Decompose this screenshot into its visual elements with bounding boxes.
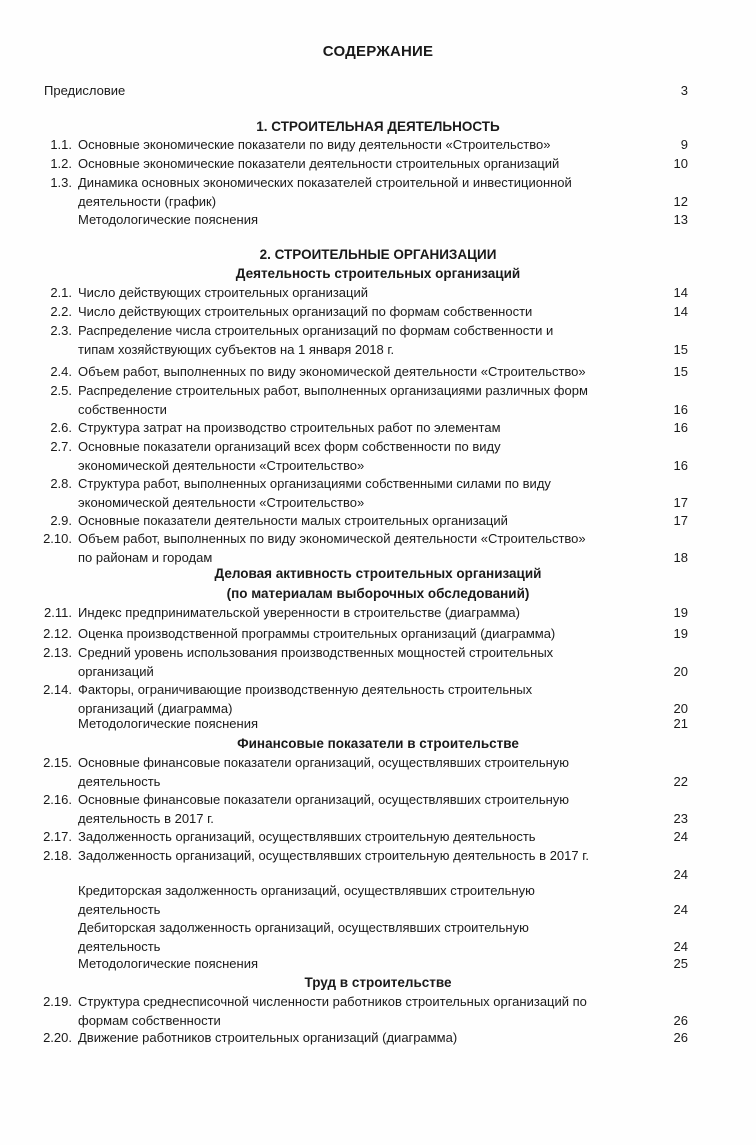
toc-entry[interactable]: 2.10.Объем работ, выполненных по виду эк… bbox=[0, 530, 756, 548]
page-number: 12 bbox=[650, 193, 688, 211]
page-number: 13 bbox=[650, 211, 688, 229]
toc-entry[interactable]: 2.11.Индекс предпринимательской уверенно… bbox=[0, 604, 756, 622]
entry-number: 2.18. bbox=[28, 847, 72, 865]
section-heading: Деятельность строительных организаций bbox=[0, 265, 756, 283]
page-number: 10 bbox=[650, 155, 688, 173]
toc-entry[interactable]: 2.19.Структура среднесписочной численнос… bbox=[0, 993, 756, 1011]
page-number: 24 bbox=[650, 901, 688, 919]
entry-number: 2.10. bbox=[28, 530, 72, 548]
entry-title-line: деятельность в 2017 г. bbox=[78, 810, 214, 828]
section-heading: Финансовые показатели в строительстве bbox=[0, 735, 756, 753]
page-number: 24 bbox=[650, 828, 688, 846]
entry-title-line: экономической деятельности «Строительств… bbox=[78, 457, 364, 475]
page-number: 23 bbox=[650, 810, 688, 828]
entry-title-line: Дебиторская задолженность организаций, о… bbox=[78, 919, 529, 937]
page-number: 16 bbox=[650, 419, 688, 437]
entry-title-line: собственности bbox=[78, 401, 167, 419]
preface-label: Предисловие bbox=[44, 82, 125, 100]
entry-number: 2.13. bbox=[28, 644, 72, 662]
toc-entry[interactable]: 2.3.Распределение числа строительных орг… bbox=[0, 322, 756, 340]
page-number: 15 bbox=[650, 341, 688, 359]
entry-number: 2.19. bbox=[28, 993, 72, 1011]
entry-number: 1.2. bbox=[28, 155, 72, 173]
toc-entry[interactable]: 2.12.Оценка производственной программы с… bbox=[0, 625, 756, 643]
entry-title-line: деятельности (график) bbox=[78, 193, 216, 211]
entry-title-line: Распределение строительных работ, выполн… bbox=[78, 382, 588, 400]
table-of-contents-page: СОДЕРЖАНИЕ Предисловие 3 1. СТРОИТЕЛЬНАЯ… bbox=[0, 0, 756, 1145]
entry-title-line: Основные финансовые показатели организац… bbox=[78, 754, 569, 772]
entry-number: 2.16. bbox=[28, 791, 72, 809]
entry-title-line: Структура работ, выполненных организация… bbox=[78, 475, 551, 493]
entry-title-line: Оценка производственной программы строит… bbox=[78, 625, 555, 643]
toc-entry[interactable]: 2.1.Число действующих строительных орган… bbox=[0, 284, 756, 302]
page-number: 20 bbox=[650, 663, 688, 681]
entry-title-line: Методологические пояснения bbox=[78, 715, 258, 733]
page-number: 22 bbox=[650, 773, 688, 791]
entry-number: 2.3. bbox=[28, 322, 72, 340]
toc-entry[interactable]: 2.18.Задолженность организаций, осуществ… bbox=[0, 847, 756, 865]
page-number: 17 bbox=[650, 494, 688, 512]
section-heading: Деловая активность строительных организа… bbox=[0, 565, 756, 583]
entry-title-line: Методологические пояснения bbox=[78, 955, 258, 973]
entry-title-line: Индекс предпринимательской уверенности в… bbox=[78, 604, 520, 622]
toc-entry-preface[interactable]: Предисловие 3 bbox=[0, 82, 756, 100]
entry-title-line: Число действующих строительных организац… bbox=[78, 284, 368, 302]
page-number: 26 bbox=[650, 1012, 688, 1030]
entry-number: 2.12. bbox=[28, 625, 72, 643]
toc-entry[interactable]: 2.4.Объем работ, выполненных по виду эко… bbox=[0, 363, 756, 381]
entry-number: 1.3. bbox=[28, 174, 72, 192]
entry-title-line: Кредиторская задолженность организаций, … bbox=[78, 882, 535, 900]
page-number: 3 bbox=[650, 82, 688, 100]
entry-title-line: Средний уровень использования производст… bbox=[78, 644, 553, 662]
toc-entry[interactable]: 2.2.Число действующих строительных орган… bbox=[0, 303, 756, 321]
toc-entry[interactable]: 2.8.Структура работ, выполненных организ… bbox=[0, 475, 756, 493]
toc-entry[interactable]: 2.20.Движение работников строительных ор… bbox=[0, 1029, 756, 1047]
toc-entry[interactable]: 2.17.Задолженность организаций, осуществ… bbox=[0, 828, 756, 846]
entry-title-line: организаций bbox=[78, 663, 154, 681]
entry-number: 2.7. bbox=[28, 438, 72, 456]
toc-entry[interactable]: 1.2.Основные экономические показатели де… bbox=[0, 155, 756, 173]
toc-entry[interactable]: Дебиторская задолженность организаций, о… bbox=[0, 919, 756, 937]
entry-title-line: типам хозяйствующих субъектов на 1 январ… bbox=[78, 341, 394, 359]
toc-entry[interactable]: 1.1.Основные экономические показатели по… bbox=[0, 136, 756, 154]
entry-title-line: Основные экономические показатели деятел… bbox=[78, 155, 559, 173]
section-heading: Труд в строительстве bbox=[0, 974, 756, 992]
entry-title-line: Число действующих строительных организац… bbox=[78, 303, 532, 321]
page-number: 19 bbox=[650, 604, 688, 622]
toc-entry[interactable]: 2.7.Основные показатели организаций всех… bbox=[0, 438, 756, 456]
toc-entry[interactable]: Методологические пояснения13 bbox=[0, 211, 756, 229]
page-number: 26 bbox=[650, 1029, 688, 1047]
entry-title-line: формам собственности bbox=[78, 1012, 221, 1030]
entry-number: 2.4. bbox=[28, 363, 72, 381]
entry-title-line: Объем работ, выполненных по виду экономи… bbox=[78, 530, 586, 548]
entry-title-line: Динамика основных экономических показате… bbox=[78, 174, 572, 192]
entry-title-line: деятельность bbox=[78, 773, 160, 791]
page-number: 14 bbox=[650, 284, 688, 302]
entry-title-line: Задолженность организаций, осуществлявши… bbox=[78, 828, 536, 846]
entry-title-line: Движение работников строительных организ… bbox=[78, 1029, 457, 1047]
page-number: 9 bbox=[650, 136, 688, 154]
toc-entry[interactable]: Кредиторская задолженность организаций, … bbox=[0, 882, 756, 900]
page-number: 18 bbox=[650, 549, 688, 567]
toc-entry[interactable]: 2.5.Распределение строительных работ, вы… bbox=[0, 382, 756, 400]
page-number: 25 bbox=[650, 955, 688, 973]
entry-title-line: Структура затрат на производство строите… bbox=[78, 419, 501, 437]
entry-number: 1.1. bbox=[28, 136, 72, 154]
entry-title-line: экономической деятельности «Строительств… bbox=[78, 494, 364, 512]
toc-entry[interactable]: 2.16.Основные финансовые показатели орга… bbox=[0, 791, 756, 809]
entry-number: 2.6. bbox=[28, 419, 72, 437]
toc-entry[interactable]: 2.6.Структура затрат на производство стр… bbox=[0, 419, 756, 437]
entry-title-line: Основные экономические показатели по вид… bbox=[78, 136, 550, 154]
page-number: 24 bbox=[650, 866, 688, 884]
page-number: 15 bbox=[650, 363, 688, 381]
entry-title-line: Факторы, ограничивающие производственную… bbox=[78, 681, 532, 699]
section-heading: 2. СТРОИТЕЛЬНЫЕ ОРГАНИЗАЦИИ bbox=[0, 246, 756, 264]
entry-title-line: Объем работ, выполненных по виду экономи… bbox=[78, 363, 586, 381]
entry-number: 2.15. bbox=[28, 754, 72, 772]
entry-title-line: Основные финансовые показатели организац… bbox=[78, 791, 569, 809]
toc-entry[interactable]: Методологические пояснения21 bbox=[0, 715, 756, 733]
page-number: 16 bbox=[650, 401, 688, 419]
page-number: 24 bbox=[650, 938, 688, 956]
page-title: СОДЕРЖАНИЕ bbox=[0, 43, 756, 60]
entry-number: 2.17. bbox=[28, 828, 72, 846]
page-number: 16 bbox=[650, 457, 688, 475]
entry-number: 2.9. bbox=[28, 512, 72, 530]
page-number: 14 bbox=[650, 303, 688, 321]
entry-number: 2.2. bbox=[28, 303, 72, 321]
page-number: 21 bbox=[650, 715, 688, 733]
section-heading: 1. СТРОИТЕЛЬНАЯ ДЕЯТЕЛЬНОСТЬ bbox=[0, 118, 756, 136]
entry-title-line: деятельность bbox=[78, 901, 160, 919]
toc-entry[interactable]: 2.13.Средний уровень использования произ… bbox=[0, 644, 756, 662]
page-number: 17 bbox=[650, 512, 688, 530]
entry-number: 2.1. bbox=[28, 284, 72, 302]
entry-number: 2.14. bbox=[28, 681, 72, 699]
entry-title-line: Задолженность организаций, осуществлявши… bbox=[78, 847, 589, 865]
entry-title-line: Методологические пояснения bbox=[78, 211, 258, 229]
toc-entry[interactable]: 1.3.Динамика основных экономических пока… bbox=[0, 174, 756, 192]
section-heading: (по материалам выборочных обследований) bbox=[0, 585, 756, 603]
toc-entry[interactable]: 2.15.Основные финансовые показатели орга… bbox=[0, 754, 756, 772]
entry-number: 2.20. bbox=[28, 1029, 72, 1047]
entry-title-line: деятельность bbox=[78, 938, 160, 956]
page-number: 19 bbox=[650, 625, 688, 643]
entry-title-line: Основные показатели организаций всех фор… bbox=[78, 438, 501, 456]
entry-title-line: Распределение числа строительных организ… bbox=[78, 322, 553, 340]
entry-number: 2.5. bbox=[28, 382, 72, 400]
toc-entry[interactable]: Методологические пояснения25 bbox=[0, 955, 756, 973]
entry-title-line: Основные показатели деятельности малых с… bbox=[78, 512, 508, 530]
entry-title-line: Структура среднесписочной численности ра… bbox=[78, 993, 587, 1011]
entry-number: 2.8. bbox=[28, 475, 72, 493]
toc-entry[interactable]: 2.14.Факторы, ограничивающие производств… bbox=[0, 681, 756, 699]
entry-title-line: по районам и городам bbox=[78, 549, 212, 567]
entry-number: 2.11. bbox=[28, 604, 72, 622]
toc-entry[interactable]: 2.9.Основные показатели деятельности мал… bbox=[0, 512, 756, 530]
